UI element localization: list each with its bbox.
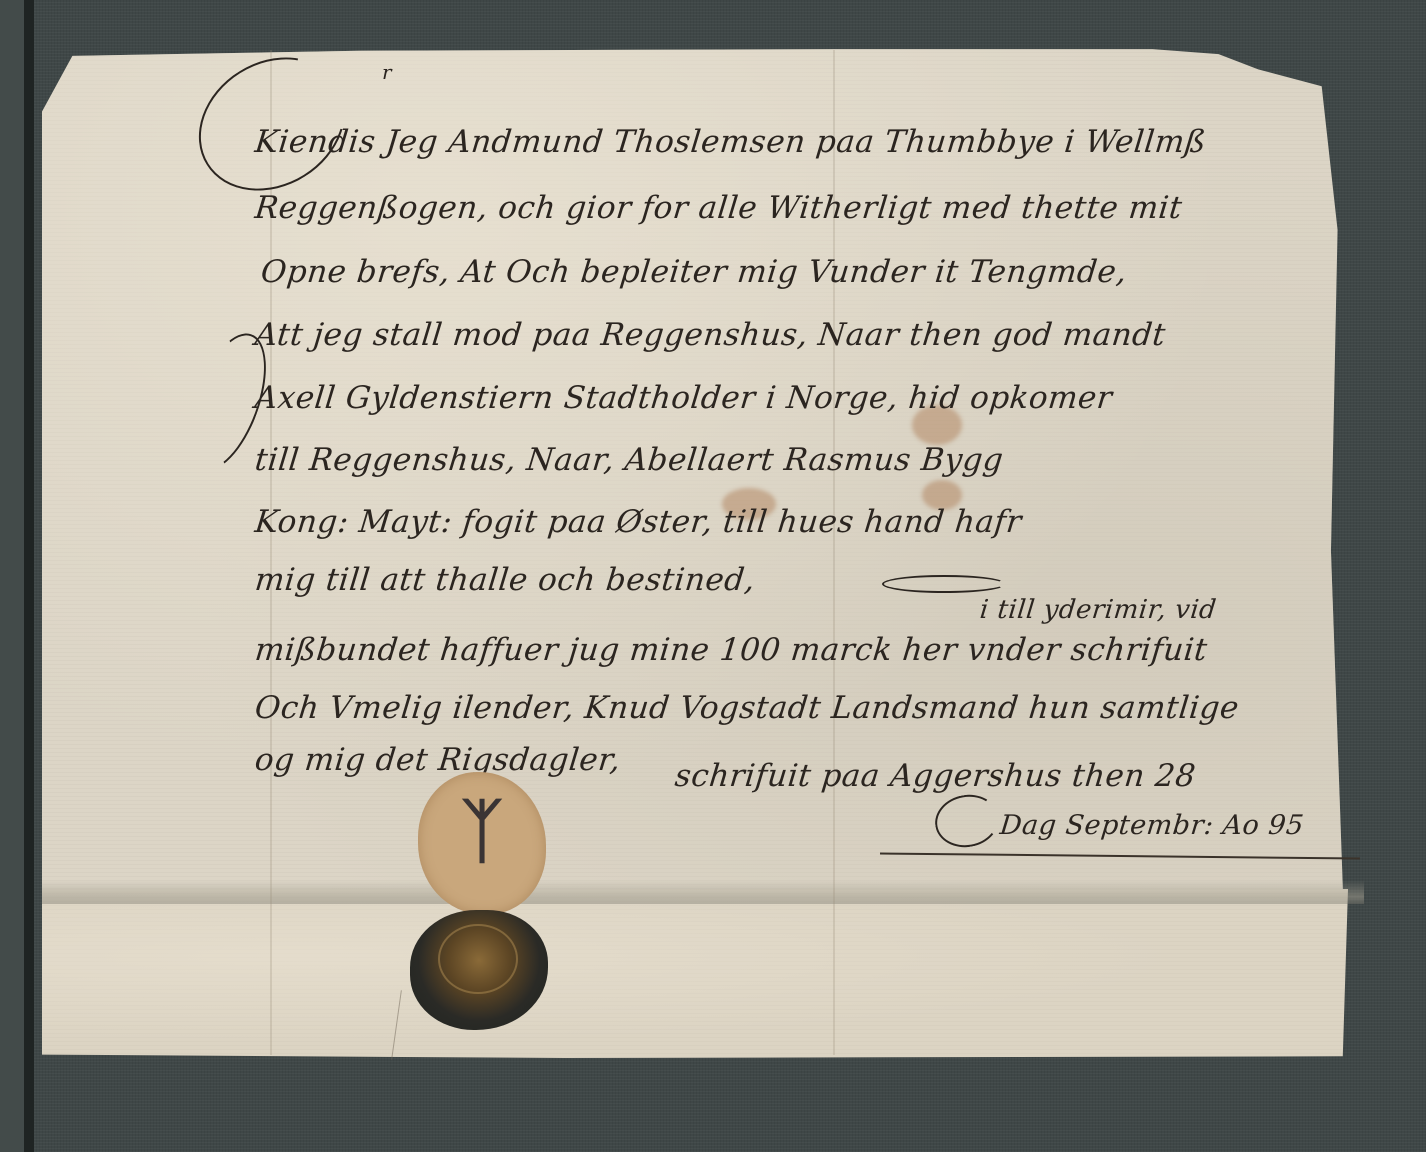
binding-edge: [0, 0, 34, 1152]
letter-line: Opne brefs, At Och bepleiter mig Vunder …: [259, 254, 1129, 290]
letter-line: schrifuit paa Aggershus then 28: [673, 758, 1197, 794]
letter-line: i till yderimir, vid: [978, 595, 1218, 625]
paper-lower-fold: [42, 889, 1348, 1058]
letter-line: mig till att thalle och bestined,: [253, 562, 757, 598]
fold-crease: [42, 880, 1364, 904]
letter-line: Och Vmelig ilender, Knud Vogstadt Landsm…: [253, 690, 1241, 726]
letter-line: Reggenßogen, och gior for alle Witherlig…: [253, 190, 1184, 226]
letter-line: till Reggenshus, Naar, Abellaert Rasmus …: [253, 442, 1005, 478]
house-mark-icon: ᛉ: [418, 796, 546, 866]
seal-impression-ring: [438, 924, 518, 994]
letter-line-date: Dag Septembr: Ao 95: [998, 810, 1305, 841]
superscript-mark: r: [382, 60, 392, 84]
letter-line: Kiendis Jeg Andmund Thoslemsen paa Thumb…: [253, 124, 1208, 160]
letter-line: Att jeg stall mod paa Reggenshus, Naar t…: [253, 317, 1167, 353]
letter-line: Kong: Mayt: fogit paa Øster, till hues h…: [253, 504, 1023, 540]
paper-seal: ᛉ: [418, 772, 546, 914]
letter-line: og mig det Rigsdagler,: [253, 742, 622, 778]
line-flourish: [882, 575, 1006, 593]
letter-line: mißbundet haffuer jug mine 100 marck her…: [253, 632, 1209, 668]
letter-line: Axell Gyldenstiern Stadtholder i Norge, …: [253, 380, 1114, 416]
